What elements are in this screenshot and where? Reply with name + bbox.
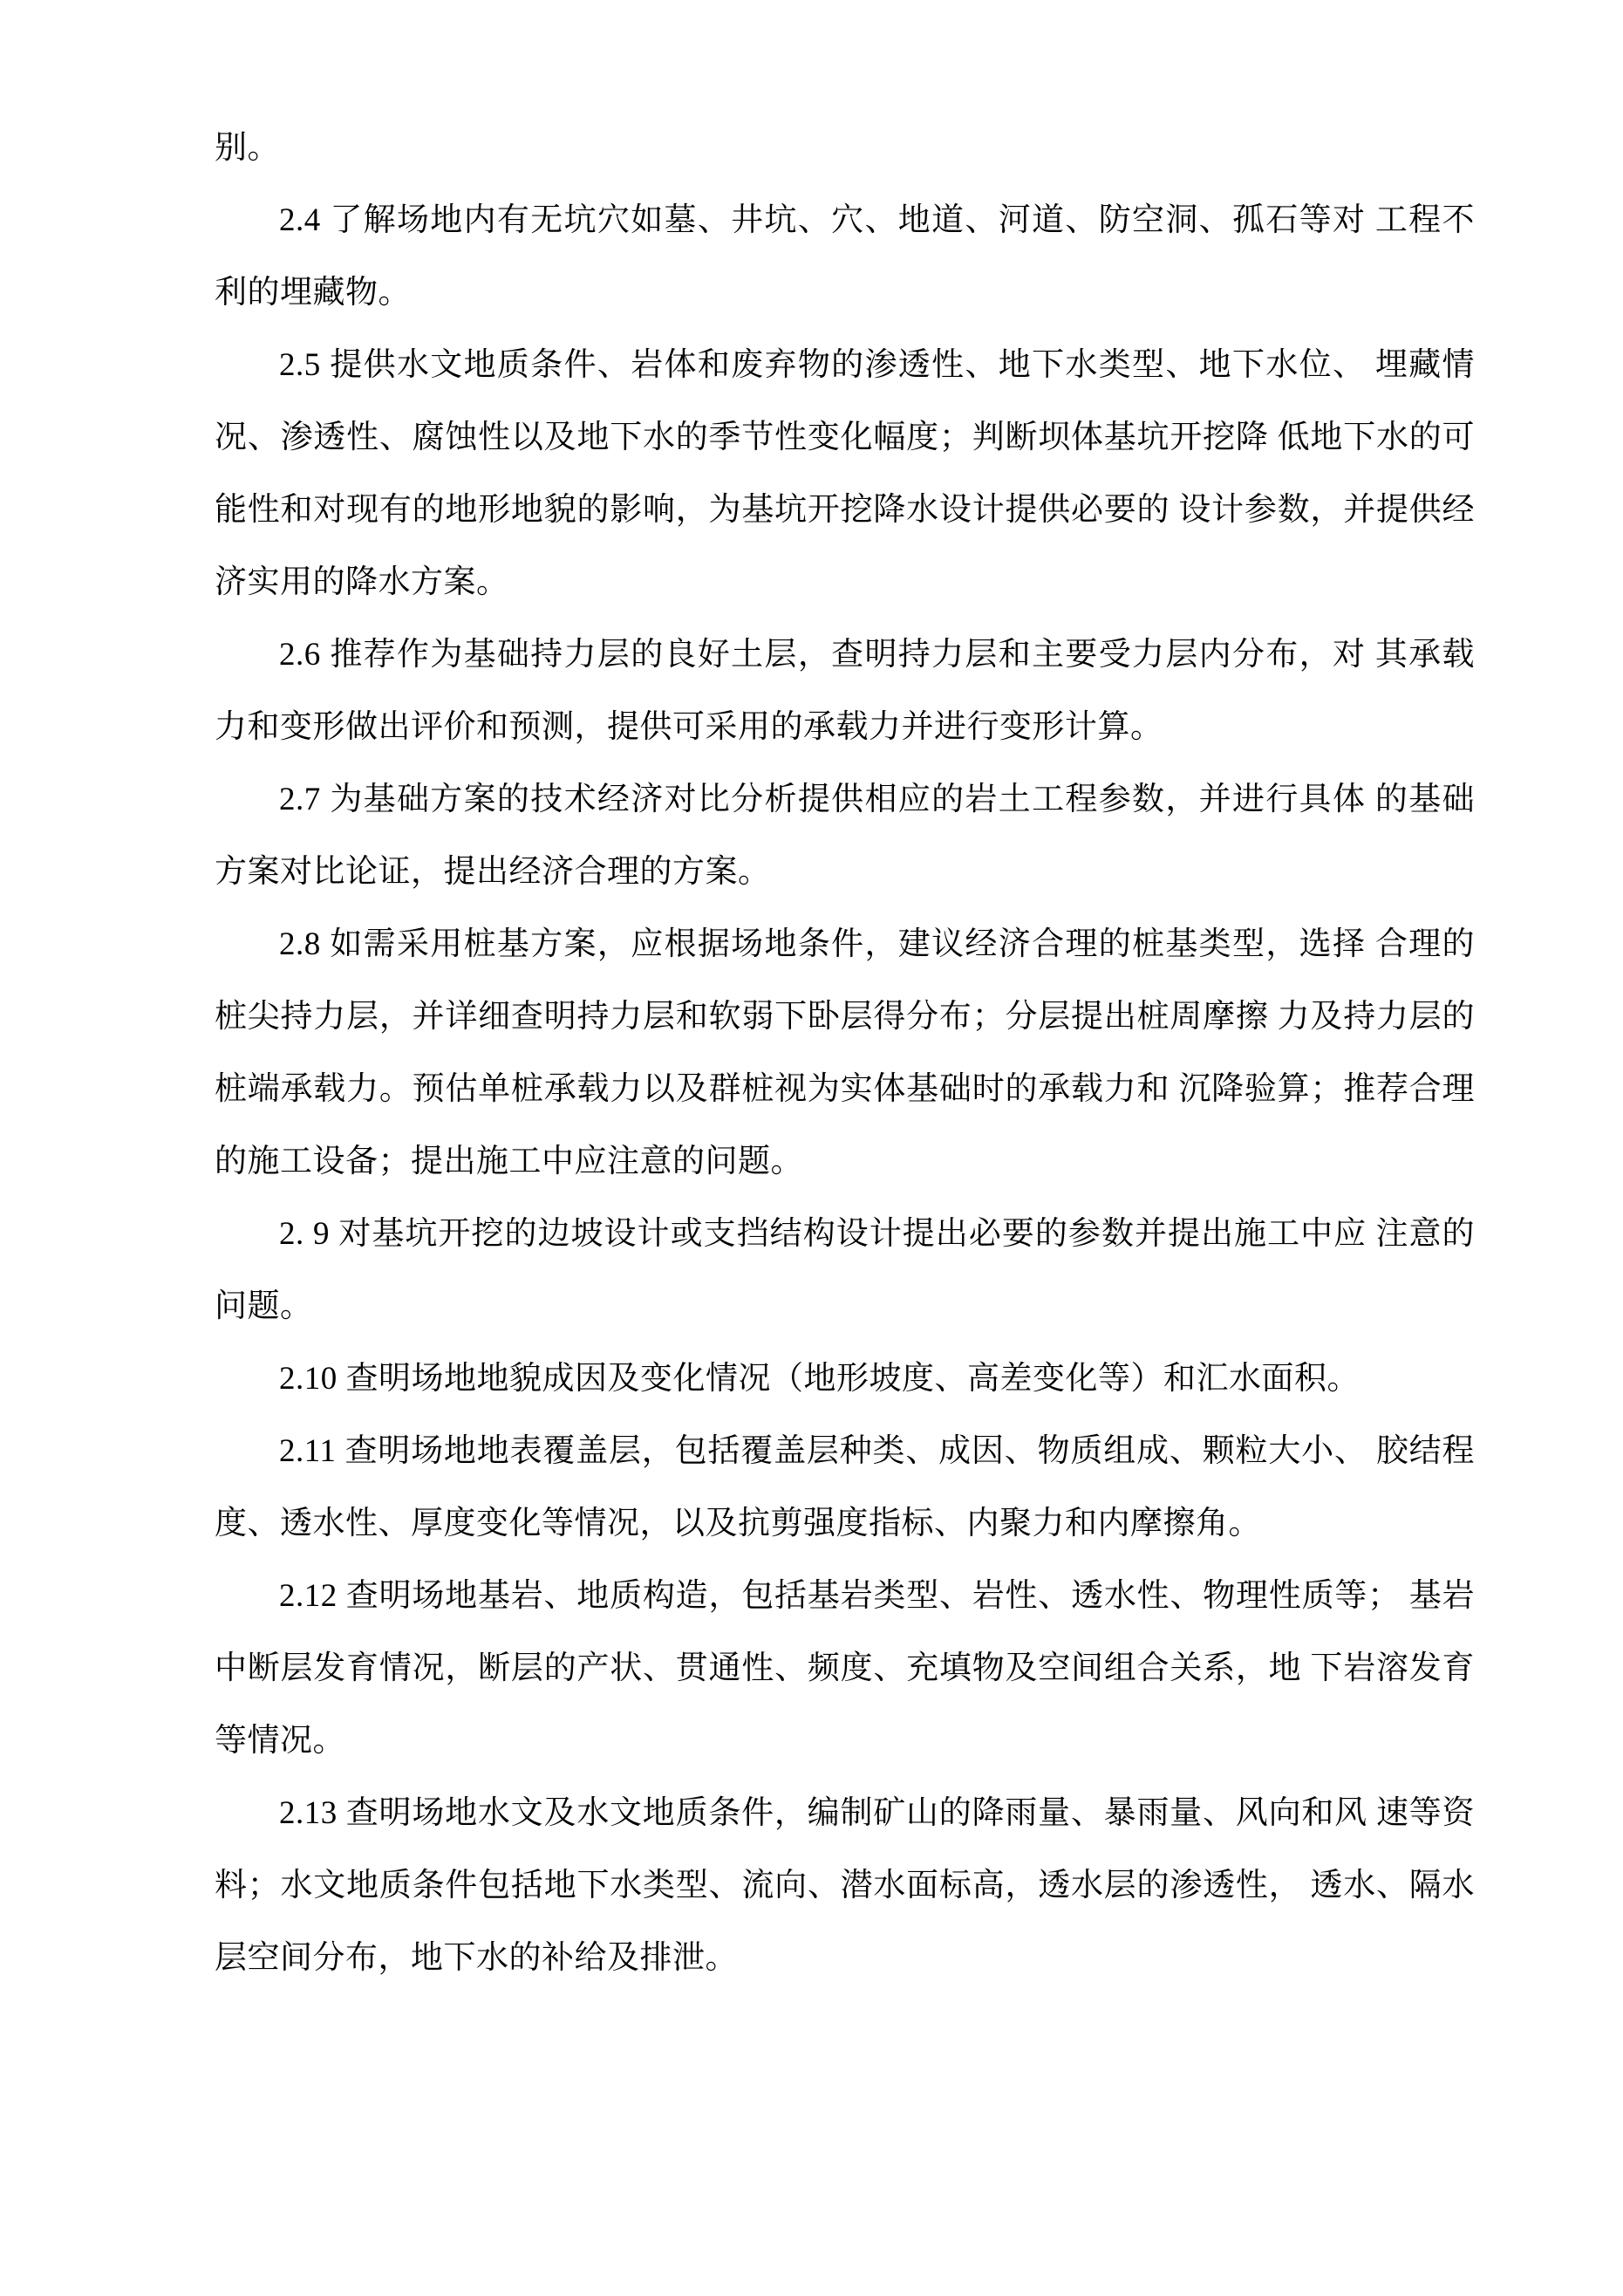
- text-line: 济实用的降水方案。: [215, 546, 1475, 618]
- text-line: 况、渗透性、腐蚀性以及地下水的季节性变化幅度；判断坝体基坑开挖降 低地下水的可: [215, 401, 1475, 474]
- paragraph: 2. 9 对基坑开挖的边坡设计或支挡结构设计提出必要的参数并提出施工中应 注意的…: [215, 1198, 1475, 1343]
- document-body: 别。2.4 了解场地内有无坑穴如墓、井坑、穴、地道、河道、防空洞、孤石等对 工程…: [215, 112, 1475, 1994]
- text-line: 问题。: [215, 1270, 1475, 1343]
- paragraph: 2.8 如需采用桩基方案，应根据场地条件，建议经济合理的桩基类型，选择 合理的桩…: [215, 908, 1475, 1198]
- text-line: 2.13 查明场地水文及水文地质条件，编制矿山的降雨量、暴雨量、风向和风 速等资: [215, 1777, 1475, 1849]
- paragraph: 别。: [215, 112, 1475, 184]
- text-line: 度、透水性、厚度变化等情况，以及抗剪强度指标、内聚力和内摩擦角。: [215, 1487, 1475, 1560]
- paragraph: 2.12 查明场地基岩、地质构造，包括基岩类型、岩性、透水性、物理性质等； 基岩…: [215, 1560, 1475, 1777]
- text-line: 2.6 推荐作为基础持力层的良好土层，查明持力层和主要受力层内分布，对 其承载: [215, 618, 1475, 691]
- text-line: 中断层发育情况，断层的产状、贯通性、频度、充填物及空间组合关系，地 下岩溶发育: [215, 1632, 1475, 1705]
- text-line: 桩尖持力层，并详细查明持力层和软弱下卧层得分布；分层提出桩周摩擦 力及持力层的: [215, 981, 1475, 1053]
- text-line: 2.4 了解场地内有无坑穴如墓、井坑、穴、地道、河道、防空洞、孤石等对 工程不: [215, 184, 1475, 256]
- text-line: 2.11 查明场地地表覆盖层，包括覆盖层种类、成因、物质组成、颗粒大小、 胶结程: [215, 1415, 1475, 1487]
- paragraph: 2.7 为基础方案的技术经济对比分析提供相应的岩土工程参数，并进行具体 的基础方…: [215, 763, 1475, 908]
- paragraph: 2.10 查明场地地貌成因及变化情况（地形坡度、高差变化等）和汇水面积。: [215, 1343, 1475, 1415]
- text-line: 方案对比论证，提出经济合理的方案。: [215, 836, 1475, 908]
- paragraph: 2.11 查明场地地表覆盖层，包括覆盖层种类、成因、物质组成、颗粒大小、 胶结程…: [215, 1415, 1475, 1560]
- paragraph: 2.4 了解场地内有无坑穴如墓、井坑、穴、地道、河道、防空洞、孤石等对 工程不利…: [215, 184, 1475, 329]
- paragraph: 2.6 推荐作为基础持力层的良好土层，查明持力层和主要受力层内分布，对 其承载力…: [215, 618, 1475, 763]
- text-line: 利的埋藏物。: [215, 256, 1475, 329]
- text-line: 2.7 为基础方案的技术经济对比分析提供相应的岩土工程参数，并进行具体 的基础: [215, 763, 1475, 836]
- document-page: 别。2.4 了解场地内有无坑穴如墓、井坑、穴、地道、河道、防空洞、孤石等对 工程…: [0, 0, 1623, 2296]
- text-line: 别。: [215, 112, 1475, 184]
- text-line: 力和变形做出评价和预测，提供可采用的承载力并进行变形计算。: [215, 691, 1475, 763]
- text-line: 桩端承载力。预估单桩承载力以及群桩视为实体基础时的承载力和 沉降验算；推荐合理: [215, 1053, 1475, 1125]
- text-line: 料；水文地质条件包括地下水类型、流向、潜水面标高，透水层的渗透性， 透水、隔水: [215, 1849, 1475, 1922]
- text-line: 2.10 查明场地地貌成因及变化情况（地形坡度、高差变化等）和汇水面积。: [215, 1343, 1475, 1415]
- text-line: 2.12 查明场地基岩、地质构造，包括基岩类型、岩性、透水性、物理性质等； 基岩: [215, 1560, 1475, 1632]
- paragraph: 2.13 查明场地水文及水文地质条件，编制矿山的降雨量、暴雨量、风向和风 速等资…: [215, 1777, 1475, 1994]
- text-line: 能性和对现有的地形地貌的影响，为基坑开挖降水设计提供必要的 设计参数，并提供经: [215, 474, 1475, 546]
- text-line: 2.8 如需采用桩基方案，应根据场地条件，建议经济合理的桩基类型，选择 合理的: [215, 908, 1475, 981]
- paragraph: 2.5 提供水文地质条件、岩体和废弃物的渗透性、地下水类型、地下水位、 埋藏情况…: [215, 329, 1475, 618]
- text-line: 等情况。: [215, 1705, 1475, 1777]
- text-line: 层空间分布，地下水的补给及排泄。: [215, 1922, 1475, 1994]
- text-line: 2.5 提供水文地质条件、岩体和废弃物的渗透性、地下水类型、地下水位、 埋藏情: [215, 329, 1475, 401]
- text-line: 的施工设备；提出施工中应注意的问题。: [215, 1125, 1475, 1198]
- text-line: 2. 9 对基坑开挖的边坡设计或支挡结构设计提出必要的参数并提出施工中应 注意的: [215, 1198, 1475, 1270]
